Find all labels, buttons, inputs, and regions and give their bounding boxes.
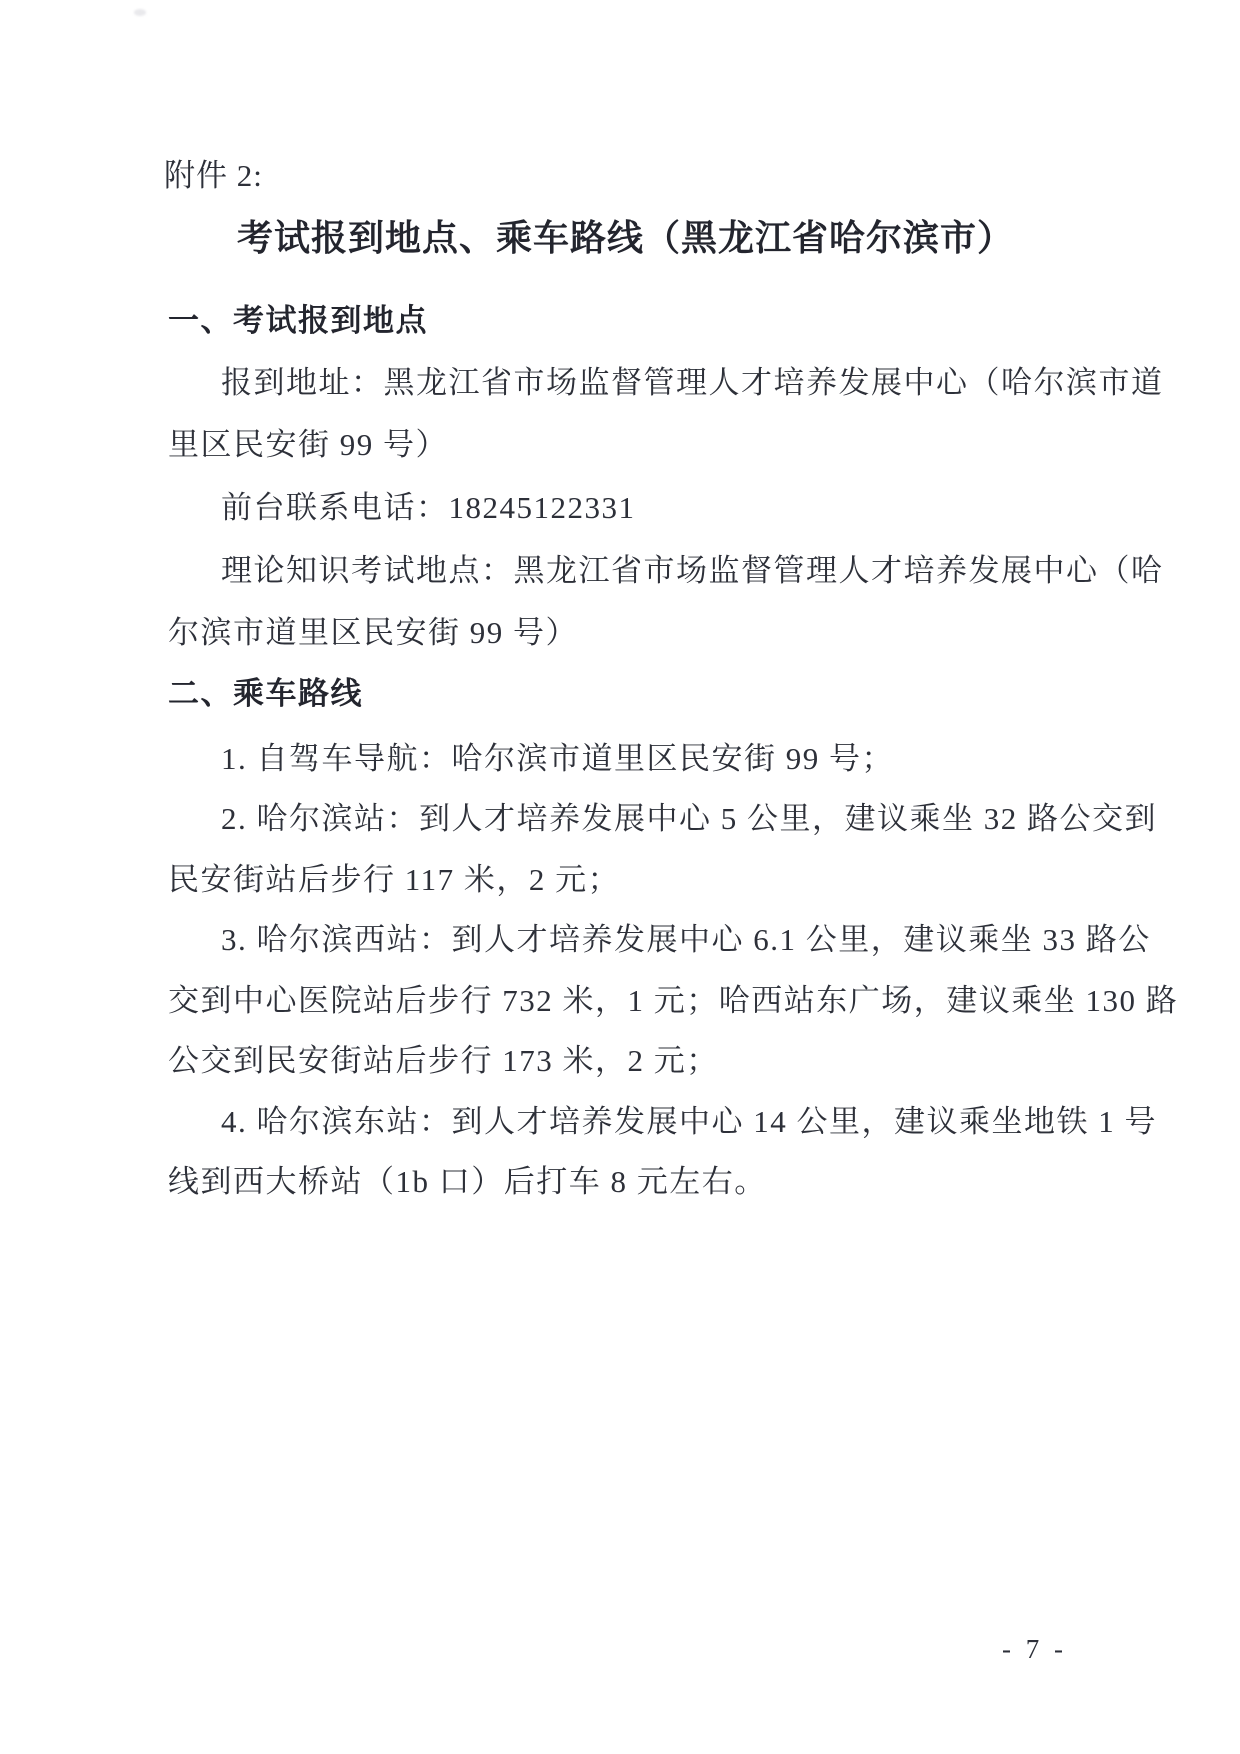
section2-heading: 二、乘车路线 [168,668,1083,713]
paragraph-line-front-desk-phone: 前台联系电话：18245122331 [168,482,1083,527]
route-item-4-harbin-east-station: 4. 哈尔滨东站：到人才培养发展中心 14 公里，建议乘坐地铁 1 号 [168,1096,1083,1141]
document-title: 考试报到地点、乘车路线（黑龙江省哈尔滨市） [168,210,1083,261]
attachment-label: 附件 2: [164,150,263,195]
scan-artifact [134,9,146,16]
paragraph-line-theory-exam-location-cont: 尔滨市道里区民安街 99 号） [168,607,1083,652]
paragraph-line-theory-exam-location: 理论知识考试地点：黑龙江省市场监督管理人才培养发展中心（哈 [168,545,1083,590]
route-item-3-harbin-west-station: 3. 哈尔滨西站：到人才培养发展中心 6.1 公里，建议乘坐 33 路公 [168,914,1083,959]
route-item-3-cont-2: 公交到民安街站后步行 173 米，2 元； [168,1035,1083,1080]
paragraph-line-report-address: 报到地址：黑龙江省市场监督管理人才培养发展中心（哈尔滨市道 [168,357,1083,402]
page-number: - 7 - [1002,1634,1067,1665]
route-item-2-harbin-station: 2. 哈尔滨站：到人才培养发展中心 5 公里，建议乘坐 32 路公交到 [168,793,1083,838]
route-item-3-cont-1: 交到中心医院站后步行 732 米，1 元；哈西站东广场，建议乘坐 130 路 [168,975,1083,1020]
paragraph-line-report-address-cont: 里区民安街 99 号） [168,419,1083,464]
route-item-2-cont: 民安街站后步行 117 米，2 元； [168,854,1083,899]
section1-heading: 一、考试报到地点 [168,295,1083,340]
document-page: 附件 2: 考试报到地点、乘车路线（黑龙江省哈尔滨市） 一、考试报到地点 报到地… [0,0,1240,1754]
route-item-1-self-drive: 1. 自驾车导航：哈尔滨市道里区民安街 99 号； [168,733,1083,778]
route-item-4-cont: 线到西大桥站（1b 口）后打车 8 元左右。 [168,1156,1083,1201]
